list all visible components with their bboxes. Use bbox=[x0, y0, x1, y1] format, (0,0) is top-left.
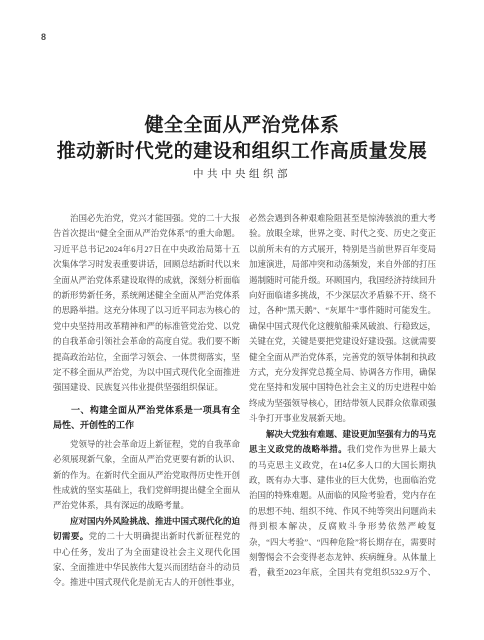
article-title-line2: 推动新时代党的建设和组织工作高质量发展 bbox=[0, 139, 484, 165]
article-title-line1: 健全全面从严治党体系 bbox=[0, 113, 484, 139]
article-author: 中共中央组织部 bbox=[0, 166, 484, 181]
article-body: 治国必先治党，党兴才能国强。党的二十大报告首次提出“健全全面从严治党体系”的重大… bbox=[53, 211, 436, 597]
article-title: 健全全面从严治党体系 推动新时代党的建设和组织工作高质量发展 bbox=[0, 113, 484, 165]
magazine-page: 8 健全全面从严治党体系 推动新时代党的建设和组织工作高质量发展 中共中央组织部… bbox=[0, 0, 484, 640]
section-heading-1: 一、构建全面从严治党体系是一项具有全局性、开创性的工作 bbox=[53, 403, 240, 434]
page-number: 8 bbox=[41, 32, 46, 42]
paragraph-2: 党领导的社会革命迈上新征程，党的自我革命必须展现新气象，全面从严治党更要有新的认… bbox=[53, 437, 240, 514]
paragraph-intro: 治国必先治党，党兴才能国强。党的二十大报告首次提出“健全全面从严治党体系”的重大… bbox=[53, 211, 240, 396]
